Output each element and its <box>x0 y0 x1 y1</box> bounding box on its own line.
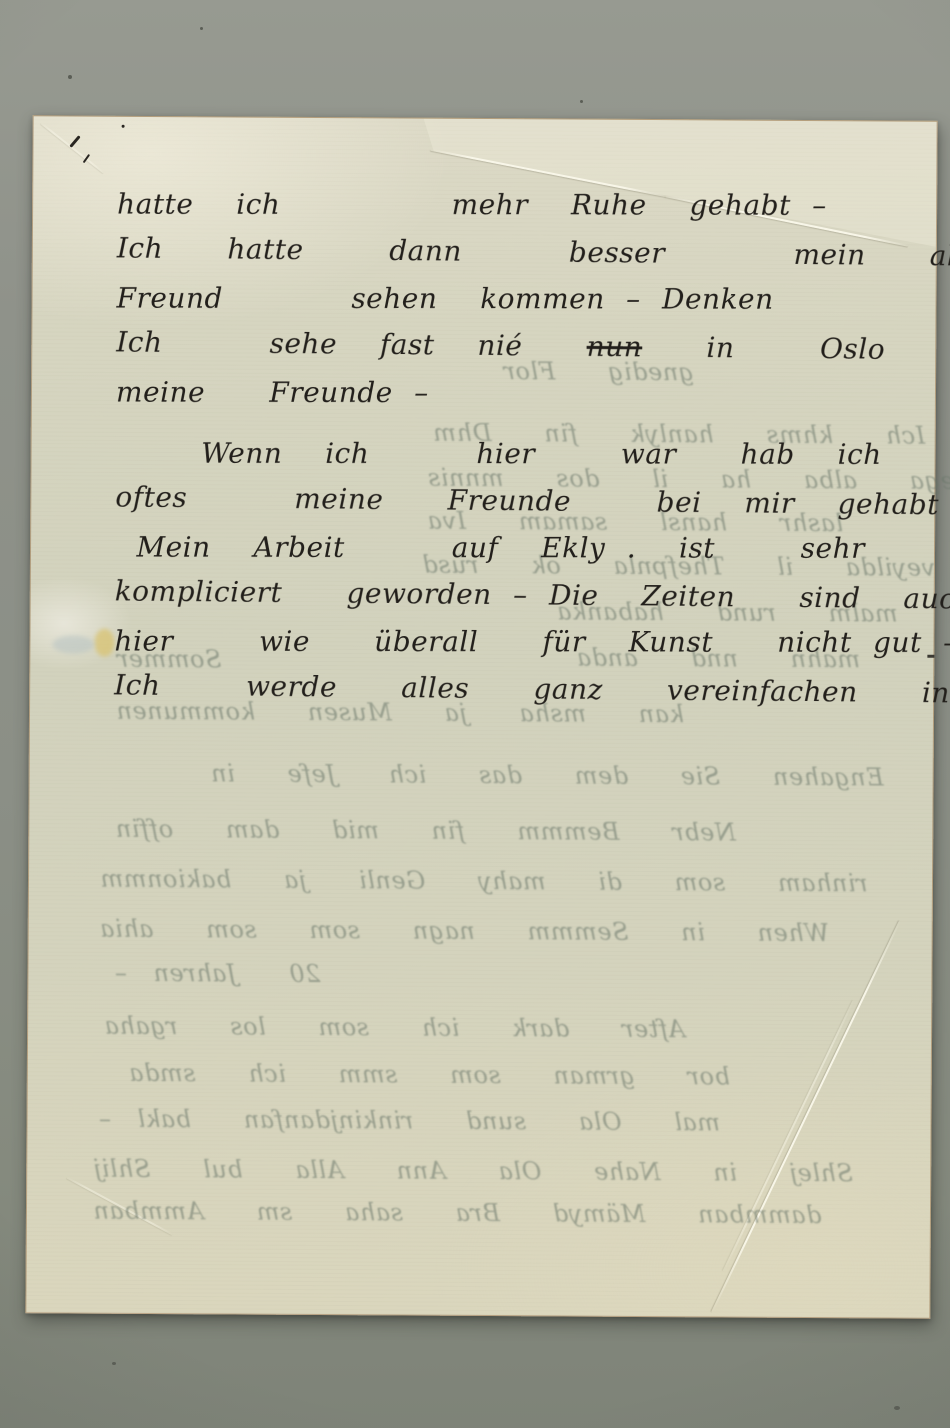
handwriting-segment: kompliciert geworden – Die Zeiten sind a… <box>115 574 950 615</box>
paragraph: hatte ich mehr Ruhe gehabt –Ich hatte da… <box>116 179 922 419</box>
background-speck <box>580 100 583 103</box>
bleedthrough-line: mal Ola sund rinkinjdanfan bakl – <box>98 1105 720 1137</box>
handwriting-line: Freund sehen kommen – Denken Sie <box>117 275 922 323</box>
bleedthrough-line: 20 Jahren – <box>114 959 320 988</box>
handwriting-line: Wenn ich hier war hab ich <box>116 430 921 478</box>
blue-smudge <box>52 635 94 653</box>
bleedthrough-line: rinham som di mahy Genli ja bakionmm <box>100 865 868 898</box>
bleedthrough-line: When in Semmm nagn som som ahia <box>100 915 829 947</box>
crease-mark <box>711 921 901 1313</box>
crease-mark <box>66 1176 173 1235</box>
handwriting-segment: Freund sehen kommen – Denken Sie <box>117 282 950 317</box>
bleedthrough-line: Engahen Sie dem das ich Jefe in <box>211 759 884 791</box>
bleedthrough-line: Nebr Bemmm fin mid dam offin <box>115 815 736 847</box>
handwriting-segment: meine Freunde – <box>116 376 429 410</box>
yellow-stain <box>94 629 114 657</box>
ink-speck <box>122 125 125 128</box>
handwriting-segment: hier wie überall für Kunst nicht gut – <box>114 625 950 659</box>
handwriting-line: Ich sehe fast nié nun in Oslo <box>116 318 921 373</box>
handwriting-segment: oftes meine Freunde bei mir gehabt <box>115 480 939 521</box>
recto-text: hatte ich mehr Ruhe gehabt –Ich hatte da… <box>114 179 922 715</box>
photo-of-letter: { "scene": { "description": "Photograph … <box>0 0 950 1428</box>
bleedthrough-line: dammban Mämyd Bra saha sm Ammban <box>93 1197 822 1229</box>
crease-mark <box>40 122 104 173</box>
handwriting-line: Ich hatte dann besser mein alte <box>117 224 922 279</box>
handwriting-line: Ich werde alles ganz vereinfachen in <box>114 661 919 716</box>
handwriting-line: hatte ich mehr Ruhe gehabt – <box>117 181 922 229</box>
handwriting-segment: Mein Arbeit auf Ekly . ist sehr <box>115 531 865 565</box>
handwriting-line: meine Freunde – <box>116 369 921 417</box>
ink-speck <box>69 135 80 148</box>
handwriting-segment: Ich hatte dann besser mein alte <box>117 231 950 272</box>
crease-mark <box>723 1000 855 1271</box>
struck-word: nun <box>586 330 642 364</box>
background-speck <box>112 1362 116 1365</box>
handwriting-segment: Ich werde alles ganz vereinfachen in <box>114 668 950 709</box>
letter-page: gnedig FlorIch khms hanlyk fin DhmOnega … <box>25 115 937 1319</box>
bleedthrough-line: Shlej in Nahe Ola Ann Alla bul Shlij <box>93 1155 853 1188</box>
bleedthrough-line: bor grman som smm ich smda <box>129 1059 730 1091</box>
handwriting-line: hier wie überall für Kunst nicht gut – <box>114 618 919 666</box>
handwriting-segment: hatte ich mehr Ruhe gehabt – <box>117 188 827 222</box>
handwriting-line: Mein Arbeit auf Ekly . ist sehr <box>115 524 920 572</box>
handwriting-line: kompliciert geworden – Die Zeiten sind a… <box>115 567 920 622</box>
handwriting-line: oftes meine Freunde bei mir gehabt <box>115 473 920 528</box>
paragraph: Wenn ich hier war hab ichoftes meine Fre… <box>114 428 921 715</box>
background-speck <box>894 1406 900 1410</box>
handwriting-segment: in Oslo <box>642 330 885 365</box>
bleedthrough-line: After dark ich som los rgaha <box>104 1012 685 1044</box>
background-speck <box>68 75 72 79</box>
background-speck <box>200 27 203 30</box>
handwriting-segment: Ich sehe fast nié <box>116 325 587 363</box>
handwriting-segment: Wenn ich hier war hab ich <box>116 437 882 471</box>
